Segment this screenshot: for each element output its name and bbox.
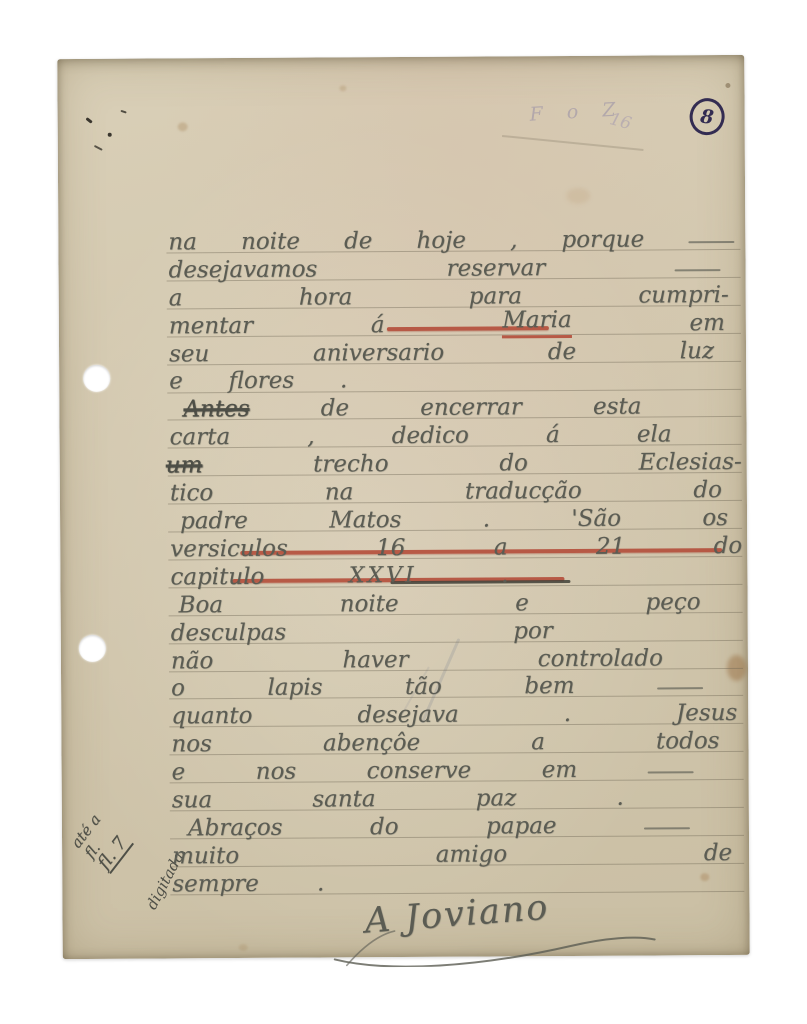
pen-stroke-tail <box>675 269 721 271</box>
pen-stroke-tail <box>644 827 690 829</box>
word: do <box>693 476 722 504</box>
word: de <box>321 394 350 422</box>
word: o <box>171 674 185 702</box>
word: hora <box>299 283 353 311</box>
letter-line: eflores. <box>169 364 347 395</box>
word: lapis <box>267 673 322 701</box>
letter-page: 8 F o Z 16 até a fl. fl. 7 digitada. A J… <box>57 55 749 959</box>
stain <box>566 188 590 204</box>
word: do <box>714 532 743 560</box>
word: XXVI <box>349 562 417 590</box>
word: desculpas <box>171 619 287 648</box>
word: flores <box>228 367 294 395</box>
word: 16 <box>376 534 405 562</box>
word: reservar <box>446 254 545 283</box>
word: Eclesias- <box>639 448 742 477</box>
word: de <box>344 227 373 255</box>
word: santa <box>312 785 375 813</box>
word: . <box>317 869 324 897</box>
punch-hole-top <box>83 365 110 392</box>
margin-note: até a fl. fl. 7 <box>68 811 134 874</box>
word: noite <box>241 228 300 256</box>
word: mentar <box>169 312 253 341</box>
word: Boa <box>179 591 224 619</box>
word: Jesus <box>676 699 737 727</box>
word: de <box>548 338 577 366</box>
word: por <box>513 617 553 645</box>
word: sua <box>172 786 213 814</box>
word: do <box>370 813 399 841</box>
word: aniversario <box>313 339 444 368</box>
word: conserve <box>367 757 472 786</box>
word: e <box>515 589 529 617</box>
word: 21 <box>596 533 625 561</box>
letter-line: muitoamigode <box>172 837 732 870</box>
word: , <box>307 423 314 451</box>
word: não <box>171 647 214 675</box>
word: luz <box>680 337 714 365</box>
word: . <box>564 700 571 728</box>
stain <box>178 122 188 131</box>
stain <box>725 83 730 88</box>
letter-line: seuaniversariodeluz <box>169 335 714 368</box>
word: abençôe <box>323 729 420 758</box>
letter-line: capituloXXVI. <box>170 559 508 591</box>
word: cumpri- <box>638 281 729 310</box>
word: esta <box>593 393 642 421</box>
word: amigo <box>436 840 508 868</box>
word: paz <box>476 784 517 812</box>
word: os <box>702 504 728 532</box>
stain <box>339 85 346 91</box>
word: a <box>169 284 183 312</box>
word: , <box>510 226 517 254</box>
letter-line: sempre. <box>172 867 324 898</box>
word: capitulo <box>170 563 264 592</box>
word: Maria <box>502 306 572 338</box>
stain <box>700 873 709 881</box>
word: desejavamos <box>168 256 317 285</box>
word: . <box>340 366 347 394</box>
word: 'São <box>571 505 621 533</box>
pen-stroke-tail <box>688 241 734 243</box>
word: de <box>704 839 733 867</box>
word: a <box>494 533 508 561</box>
word: peço <box>645 588 700 616</box>
word: porque <box>561 226 644 255</box>
word: sempre <box>172 870 259 899</box>
word: em <box>542 756 578 784</box>
word: noite <box>340 590 399 618</box>
word: versiculos <box>170 535 288 564</box>
word: a <box>531 728 545 756</box>
rust-speck <box>120 110 126 114</box>
signature-block: A Joviano <box>330 893 660 967</box>
punch-hole-bottom <box>79 635 106 662</box>
word: quanto <box>171 702 252 730</box>
page-number-stamp: 8 <box>688 96 727 137</box>
word: encerrar <box>420 393 522 422</box>
word: seu <box>169 340 209 368</box>
word: dedico <box>392 422 469 450</box>
word: do <box>499 449 528 477</box>
word: papae <box>486 812 557 840</box>
word: padre <box>180 507 248 535</box>
word: carta <box>169 423 230 451</box>
word: e <box>172 758 186 786</box>
word: . <box>616 784 623 812</box>
faint-pencil-number: 16 <box>607 109 633 134</box>
rust-speck <box>108 133 112 137</box>
word: . <box>483 505 490 533</box>
pen-stroke-tail <box>648 771 694 773</box>
word: bem <box>524 672 574 700</box>
signature-flourish <box>331 923 661 967</box>
stain <box>239 944 248 951</box>
word: . <box>501 561 508 589</box>
word: muito <box>172 842 239 870</box>
word: um <box>166 451 203 479</box>
word: á <box>546 421 560 449</box>
word: Abraços <box>188 814 283 843</box>
letter-line: Boanoiteepeço <box>178 586 700 619</box>
word: em <box>689 309 725 337</box>
word: traducção <box>465 477 582 506</box>
pen-stroke-tail <box>657 687 703 689</box>
word: na <box>168 228 197 256</box>
letter-line: versiculos16a21do <box>170 530 742 563</box>
word: na <box>325 478 354 506</box>
word: nos <box>256 758 297 786</box>
word: Antes <box>183 395 249 423</box>
scan-background: 8 F o Z 16 até a fl. fl. 7 digitada. A J… <box>0 0 807 1024</box>
word: á <box>371 311 385 339</box>
rust-speck <box>94 145 103 151</box>
word: ela <box>637 420 672 448</box>
word: Matos <box>329 506 401 534</box>
page-number: 8 <box>699 105 715 128</box>
word: nos <box>171 730 212 758</box>
word: hoje <box>416 227 466 255</box>
word: e <box>169 367 183 395</box>
word: tão <box>405 673 442 701</box>
word: todos <box>656 727 720 755</box>
rust-speck <box>85 117 92 124</box>
word: tico <box>170 479 213 507</box>
word: desejava <box>357 701 458 730</box>
faint-pencil-line <box>502 135 643 150</box>
word: trecho <box>313 450 389 478</box>
